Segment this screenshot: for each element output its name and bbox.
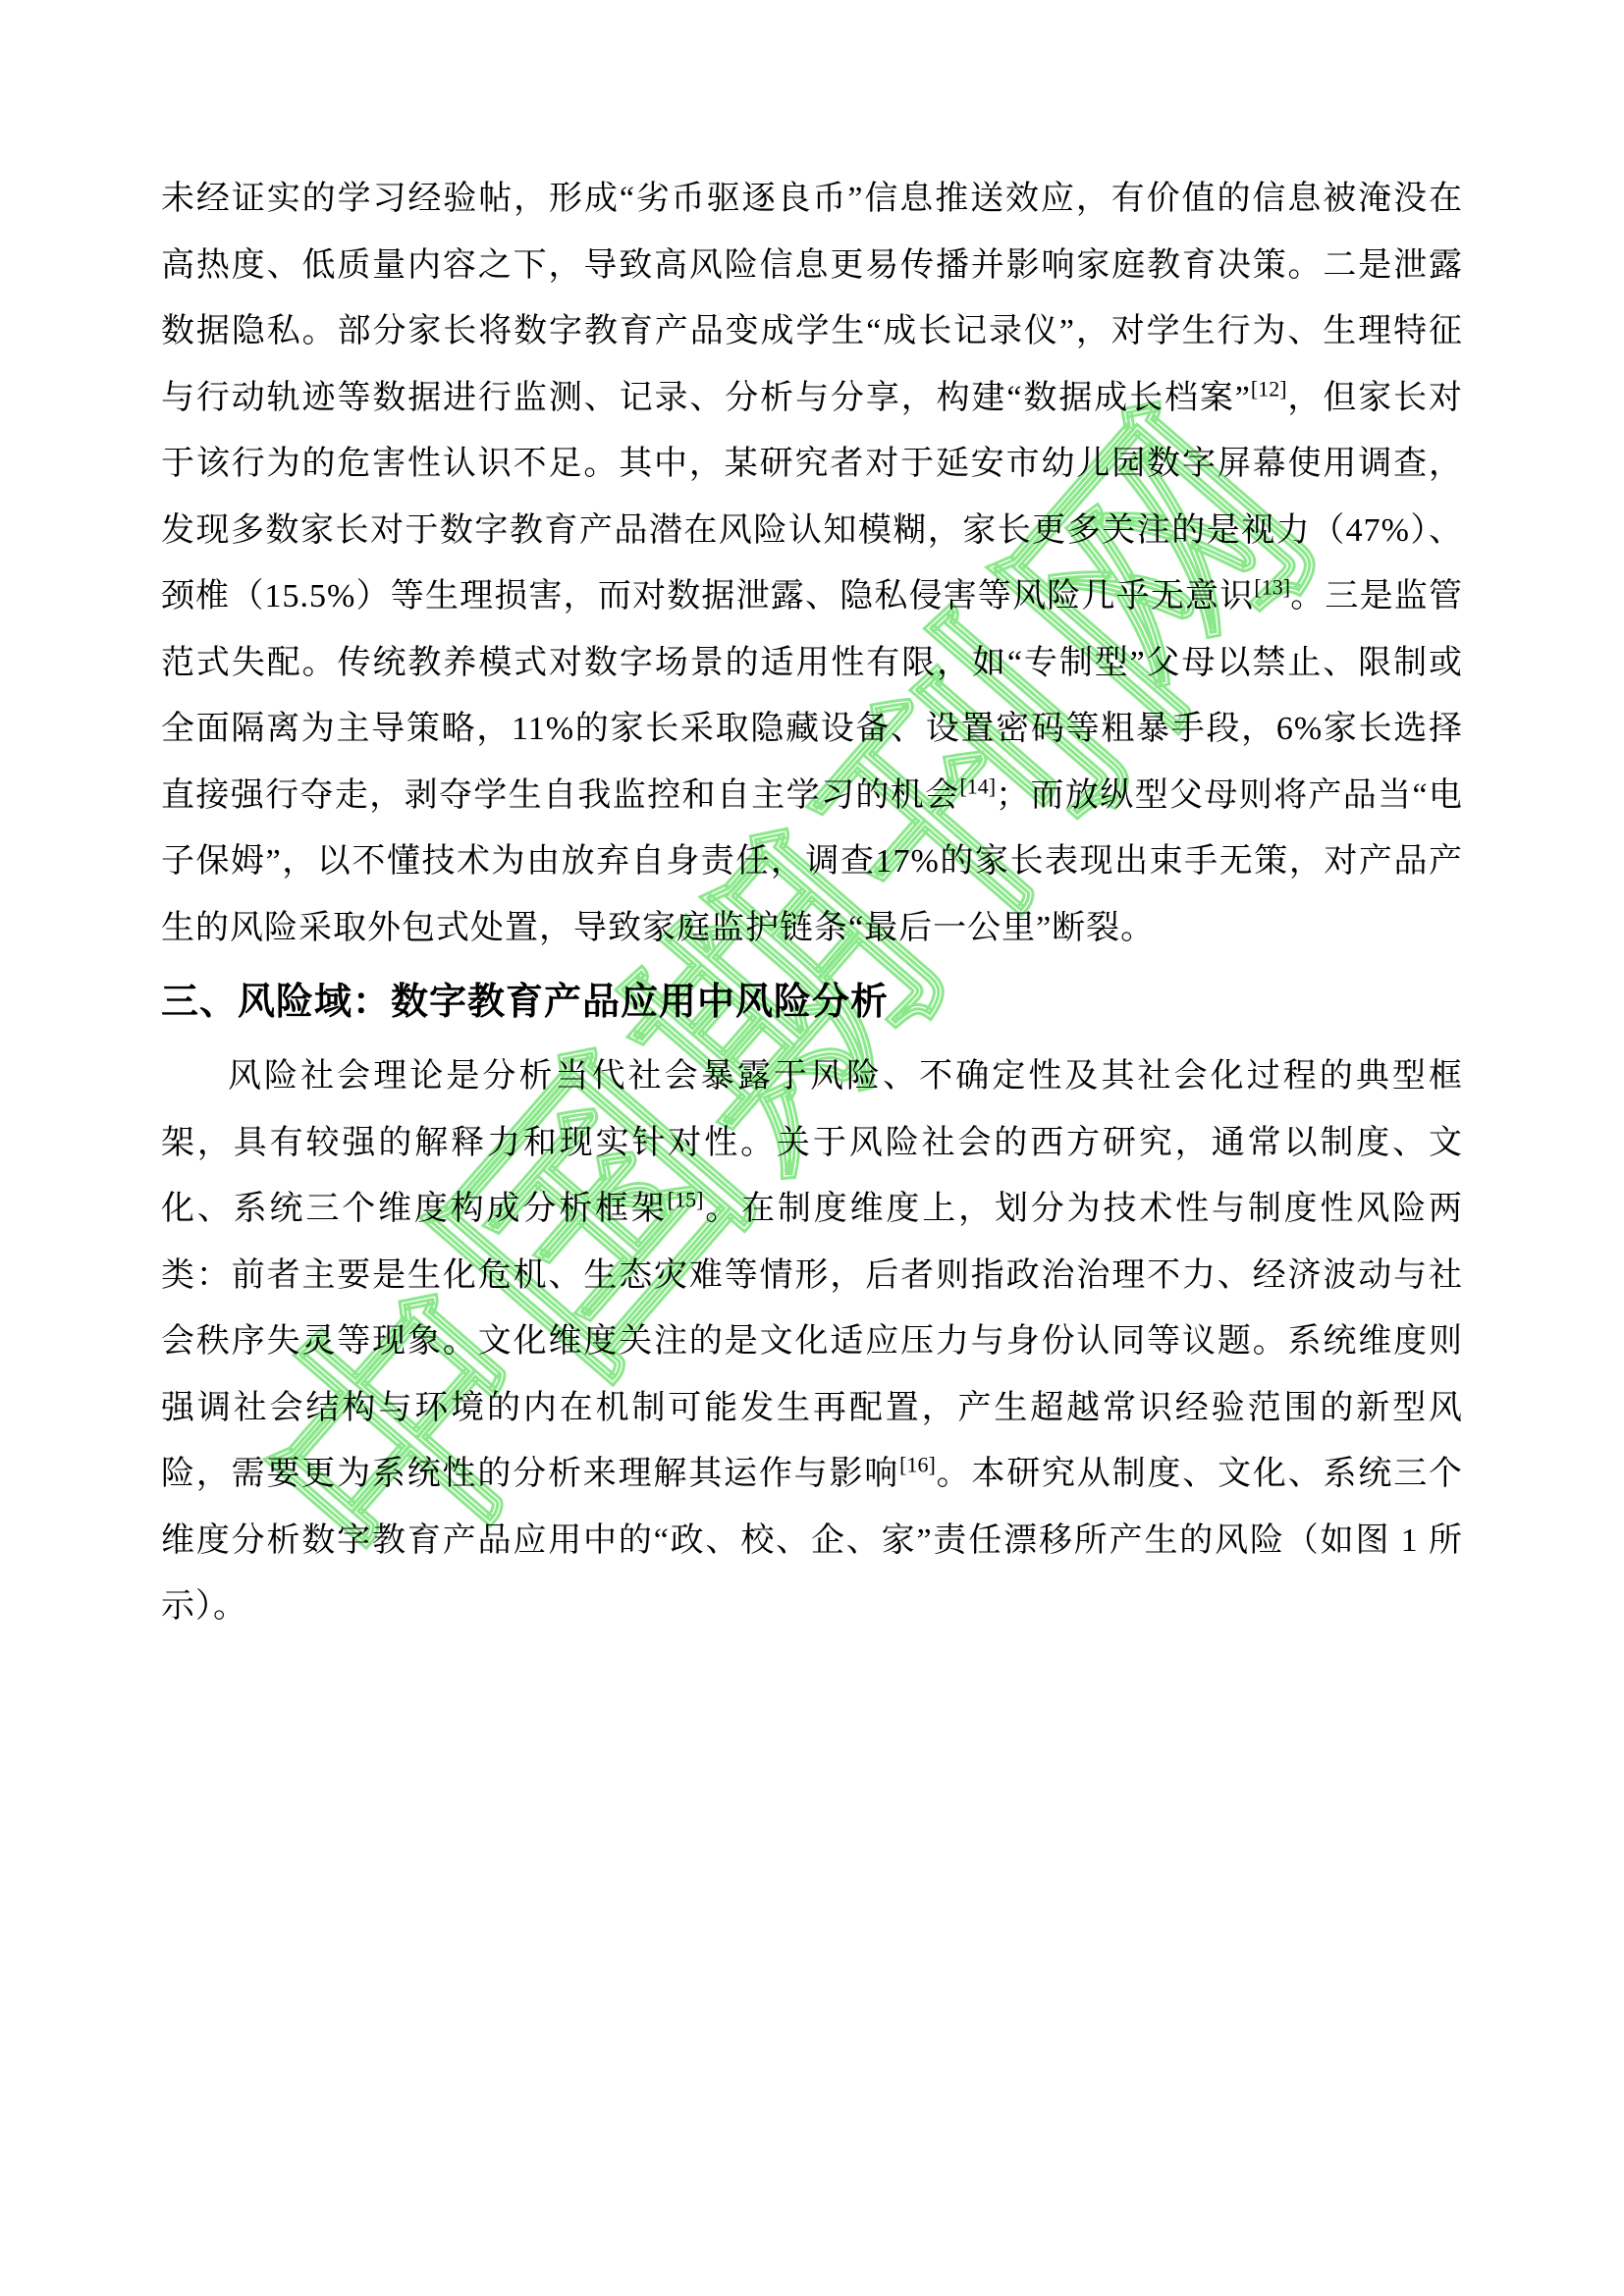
body-paragraph-2: 风险社会理论是分析当代社会暴露于风险、不确定性及其社会化过程的典型框架，具有较强… [161,1043,1463,1640]
citation-superscript: [13] [1254,575,1290,600]
text-run: 。在制度维度上，划分为技术性与制度性风险两类：前者主要是生化危机、生态灾难等情形… [161,1191,1463,1492]
section-heading-3: 三、风险域：数字教育产品应用中风险分析 [161,961,1463,1043]
page-body: 未经证实的学习经验帖，形成“劣币驱逐良币”信息推送效应，有价值的信息被淹没在高热… [161,166,1463,1640]
document-page: 中国期刊网 未经证实的学习经验帖，形成“劣币驱逐良币”信息推送效应，有价值的信息… [0,0,1624,2296]
body-paragraph-1: 未经证实的学习经验帖，形成“劣币驱逐良币”信息推送效应，有价值的信息被淹没在高热… [161,166,1463,961]
citation-superscript: [16] [899,1453,936,1477]
citation-superscript: [12] [1251,376,1287,400]
citation-superscript: [15] [668,1188,704,1212]
citation-superscript: [14] [959,774,996,798]
